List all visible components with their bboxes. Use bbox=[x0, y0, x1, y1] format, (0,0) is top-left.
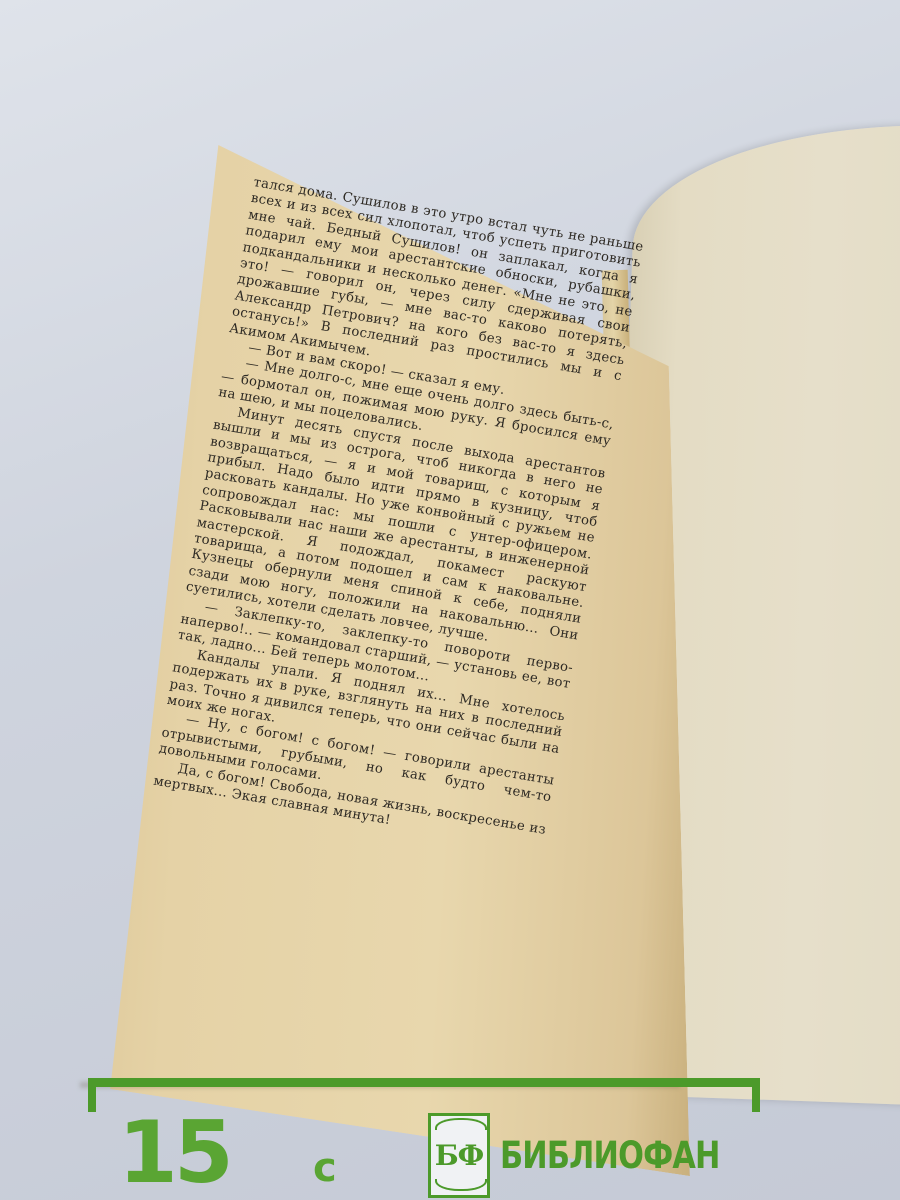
book-top-icon bbox=[435, 1118, 487, 1130]
open-book-logo-icon: БФ bbox=[428, 1113, 490, 1198]
age-rating: 15 bbox=[118, 1103, 230, 1200]
book-bottom-icon bbox=[435, 1179, 487, 1191]
logo-letters: БФ bbox=[431, 1136, 487, 1176]
photo-scene: тался дома. Сушилов в это утро встал чут… bbox=[0, 0, 900, 1200]
banner-bar bbox=[88, 1078, 760, 1087]
banner-bracket-right bbox=[752, 1078, 760, 1112]
watermark-banner: 15 с БФ БИБЛИОФАН bbox=[88, 1078, 760, 1200]
brand-name: БИБЛИОФАН bbox=[500, 1126, 720, 1186]
banner-bracket-left bbox=[88, 1078, 96, 1112]
age-rating-suffix: с bbox=[313, 1138, 337, 1198]
